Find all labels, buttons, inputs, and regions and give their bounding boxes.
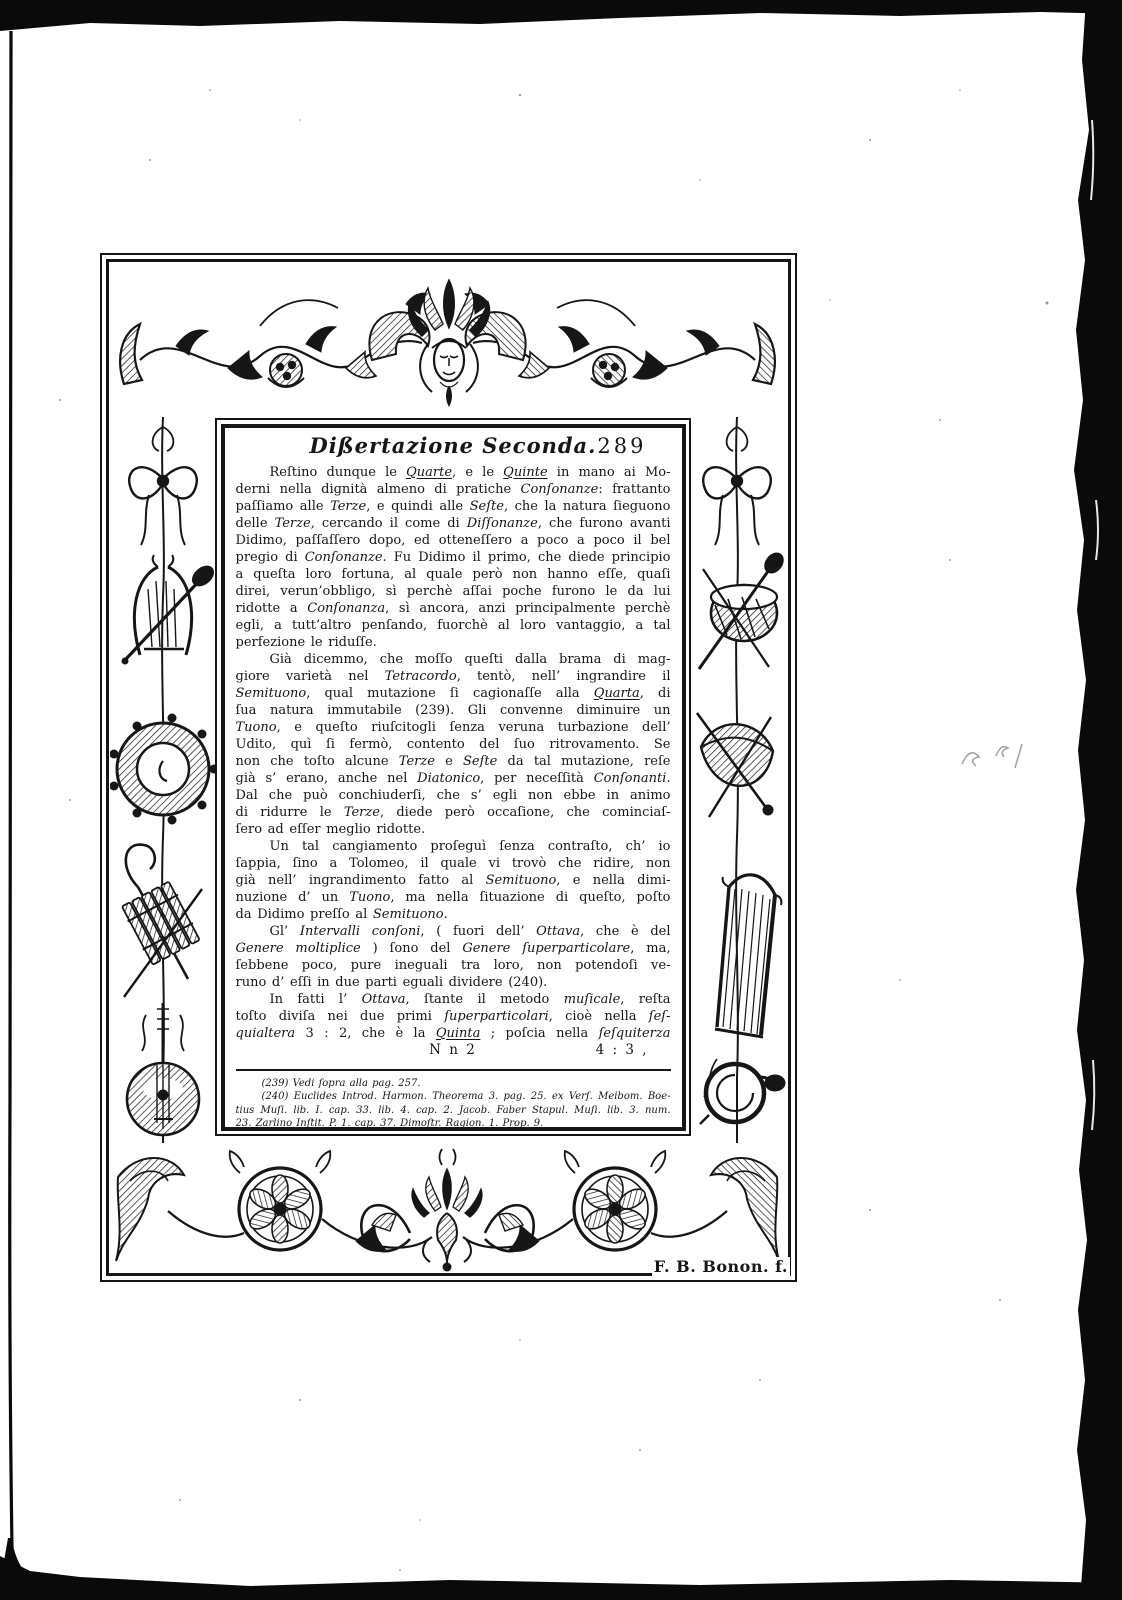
fruit-cup-icon [268, 354, 304, 387]
text-line: paſſiamo alle Terze, e quindi alle Seſte… [236, 498, 671, 515]
text-line: In fatti l’ Ottava, ſtante il metodo muſ… [236, 991, 671, 1008]
scan-edge-highlights [1091, 120, 1098, 1130]
text-line: ſero ad eſſer meglio ridotte. [236, 821, 671, 838]
page-number: 289 [597, 434, 646, 458]
text-line: derni nella dignità almeno di pratiche C… [236, 481, 671, 498]
text-line: nuzione d’ un Tuono, ma nella ſituazione… [236, 889, 671, 906]
pencil-annotation [962, 744, 1022, 768]
text-line: non che toſto alcune Terze e Seſte da ta… [236, 753, 671, 770]
acanthus-scroll-icon [120, 293, 430, 387]
footnote-line: (240) Euclides Introd. Harmon. Theorema … [236, 1090, 671, 1104]
text-line: ſua natura immutabile (239). Gli convenn… [236, 702, 671, 719]
text-line: Semituono, qual mutazione ſi cagionaſſe … [236, 685, 671, 702]
text-line: ſappia, ſino a Tolomeo, il quale vi trov… [236, 855, 671, 872]
text-line: pregio di Conſonanze. Fu Didimo il primo… [236, 549, 671, 566]
text-line: runo d’ eſſi in due parti eguali divider… [236, 974, 671, 991]
catchword: 4 : 3 , [596, 1042, 649, 1058]
text-line: già s’ erano, anche nel Diatonico, per n… [236, 770, 671, 787]
scan-fold-line [10, 31, 12, 1548]
text-line: delle Terze, cercando il come di Diſſona… [236, 515, 671, 532]
pan-pipes-icon [120, 845, 202, 997]
text-line: toſto diviſa nei due primi ſuperparticol… [236, 1008, 671, 1025]
text-line: Già dicemmo, che moſſo queſti dalla bram… [236, 651, 671, 668]
scanned-book-page: { "page": { "header": { "title": "Dißert… [0, 0, 1122, 1600]
text-line: da Didimo preſſo al Semituono. [236, 906, 671, 923]
text-line: Reſtino dunque le Quarte, e le Quinte in… [236, 464, 671, 481]
harp-icon [715, 875, 781, 1037]
bottom-center-mark [440, 1149, 456, 1165]
text-line: Udito, quì ſi fermò, contento del ſuo ri… [236, 736, 671, 753]
text-line: già nell’ ingrandimento fatto al Semituo… [236, 872, 671, 889]
text-line: Didimo, paſſaſſero dopo, ed otteneſſero … [236, 532, 671, 549]
rosette-medallion-icon [230, 1151, 331, 1250]
footnote-rule [236, 1069, 671, 1071]
text-line: ridotte a Conſonanza, sì ancora, anzi pr… [236, 600, 671, 617]
top-ornament-strip [110, 264, 785, 417]
acanthus-corner-icon [116, 1151, 432, 1261]
text-line: Tuono, e queſto riuſcitogli ſenza veruna… [236, 719, 671, 736]
page-header: Dißertazione Seconda. 289 [236, 433, 671, 464]
text-line: Gl’ Intervalli conſoni, ( fuori dell’ Ot… [236, 923, 671, 940]
text-line: Dal che può conchiuderſi, che s’ egli no… [236, 787, 671, 804]
text-panel: Dißertazione Seconda. 289 Reſtino dunque… [215, 418, 691, 1136]
text-line: di ridurre le Terze, diede però occaſion… [236, 804, 671, 821]
left-ornament-strip [110, 417, 215, 1143]
hunting-horn-icon [700, 1059, 785, 1124]
text-line: giore varietà nel Tetracordo, tentò, nel… [236, 668, 671, 685]
palmette-icon [412, 1149, 482, 1271]
scan-bottom-edge [0, 1556, 1122, 1600]
text-line: Genere moltiplice ) ſono del Genere ſupe… [236, 940, 671, 957]
text-panel-inner: Dißertazione Seconda. 289 Reſtino dunque… [221, 424, 686, 1131]
scan-right-edge [1074, 0, 1122, 1600]
engraved-frame: Dißertazione Seconda. 289 Reſtino dunque… [100, 253, 797, 1282]
body-text: Reſtino dunque le Quarte, e le Quinte in… [236, 464, 671, 1042]
scan-fold-foot [0, 1538, 38, 1584]
gathering-signature: N n 2 [429, 1042, 477, 1058]
text-line: quialtera 3 : 2, che è la Quinta ; poſci… [236, 1025, 671, 1042]
text-line: direi, verun’obbligo, sì perchè aſſai po… [236, 583, 671, 600]
text-line: ſebbene poco, pure ineguali tra loro, no… [236, 957, 671, 974]
footnotes: (239) Vedi ſopra alla pag. 257.(240) Euc… [236, 1077, 671, 1131]
kettledrum-icon [697, 713, 773, 817]
footnote-line: tius Muſi. lib. I. cap. 33. lib. 4. cap.… [236, 1104, 671, 1118]
right-ornament-strip [687, 417, 787, 1143]
engraver-signature: F. B. Bonon. f. [652, 1257, 790, 1276]
bottom-ornament-strip [110, 1143, 785, 1272]
signature-catchword-line: N n 2 4 : 3 , [236, 1042, 671, 1060]
text-line: perfezione le riduſſe. [236, 634, 671, 651]
scan-top-edge [0, 0, 1122, 31]
text-line: egli, a tutt’altro penſando, fuorchè al … [236, 617, 671, 634]
frame-drum-icon [110, 714, 215, 825]
tabor-drum-icon [711, 585, 777, 641]
footnote-line: (239) Vedi ſopra alla pag. 257. [236, 1077, 671, 1091]
lute-icon [127, 1003, 199, 1135]
text-line: a queſta loro fortuna, al quale però non… [236, 566, 671, 583]
text-line: Un tal cangiamento proſeguì ſenza contra… [236, 838, 671, 855]
footnote-line: 23. Zarlino Inſtit. P. 1. cap. 37. Dimoſ… [236, 1117, 671, 1131]
